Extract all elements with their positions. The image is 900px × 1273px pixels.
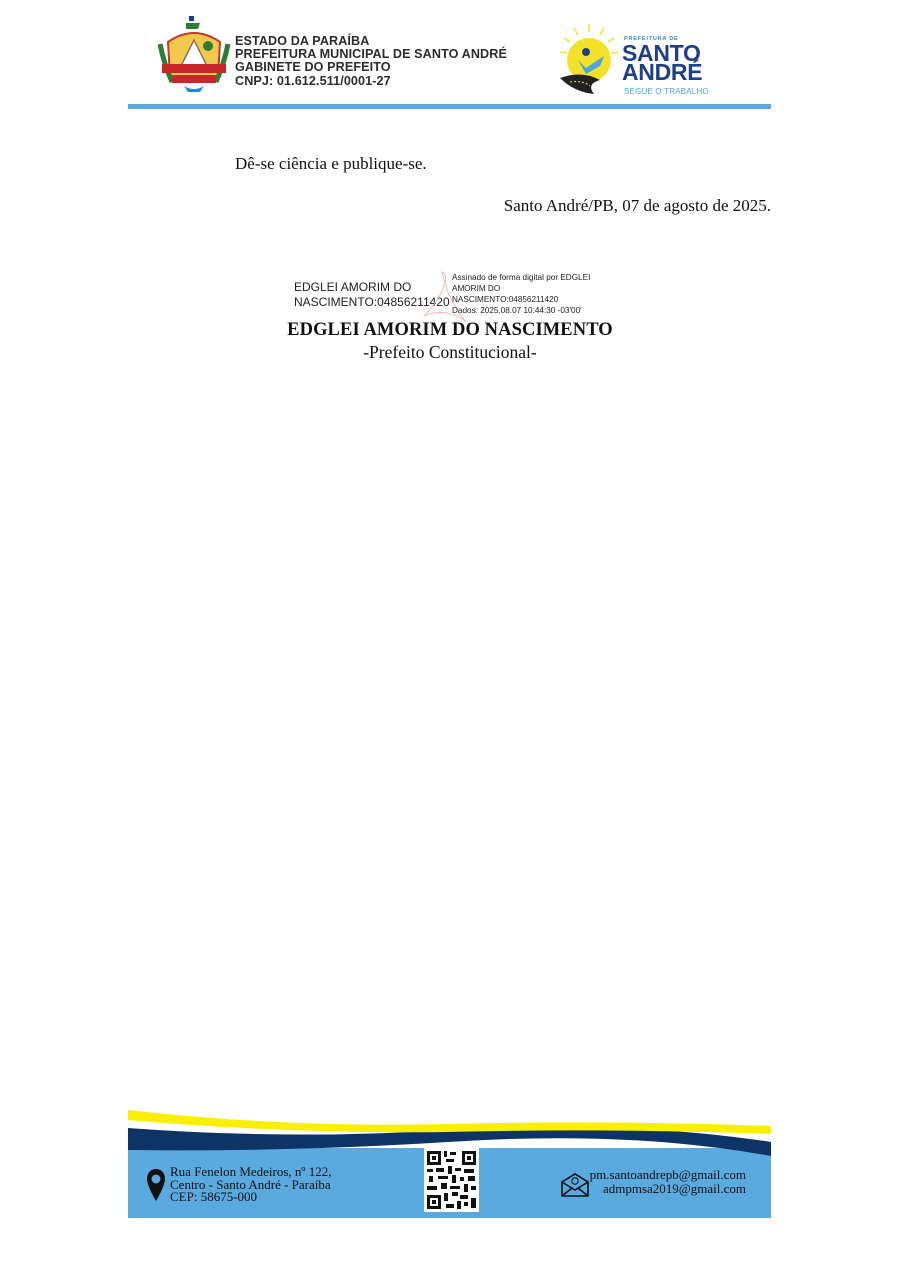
place-and-date: Santo André/PB, 07 de agosto de 2025.	[504, 196, 771, 216]
header-divider	[128, 104, 771, 109]
office-name: GABINETE DO PREFEITO	[235, 61, 507, 74]
footer-emails: pm.santoandrepb@gmail.com admpmsa2019@gm…	[590, 1168, 746, 1196]
letterhead-text: ESTADO DA PARAÍBA PREFEITURA MUNICIPAL D…	[235, 35, 507, 88]
signature-detail-line: AMORIM DO	[452, 283, 590, 294]
email-address: admpmsa2019@gmail.com	[590, 1182, 746, 1196]
footer-address: Rua Fenelon Medeiros, nº 122, Centro - S…	[170, 1166, 331, 1204]
municipal-crest-icon	[156, 14, 232, 94]
signer-name: EDGLEI AMORIM DO NASCIMENTO	[0, 320, 900, 341]
email-envelope-icon	[560, 1172, 590, 1198]
location-pin-icon	[146, 1168, 166, 1202]
signer-title: -Prefeito Constitucional-	[0, 342, 900, 363]
santo-andre-brand-logo: PREFEITURA DE SANTO ANDRÉ SEGUE O TRABAL…	[556, 20, 716, 102]
signature-detail-line: NASCIMENTO:04856211420	[452, 294, 590, 305]
sun-road-icon	[556, 20, 622, 102]
signature-detail-line: Dados: 2025.08.07 10:44:30 -03'00'	[452, 305, 590, 316]
digital-signature-details: Assinado de forma digital por EDGLEI AMO…	[452, 272, 590, 316]
address-line: CEP: 58675-000	[170, 1191, 331, 1204]
brand-tagline: SEGUE O TRABALHO	[624, 87, 709, 96]
letterhead: ESTADO DA PARAÍBA PREFEITURA MUNICIPAL D…	[128, 12, 771, 110]
email-address: pm.santoandrepb@gmail.com	[590, 1168, 746, 1182]
signature-detail-line: Assinado de forma digital por EDGLEI	[452, 272, 590, 283]
cnpj: CNPJ: 01.612.511/0001-27	[235, 75, 507, 88]
closing-paragraph: Dê-se ciência e publique-se.	[235, 154, 427, 174]
qr-code-icon	[424, 1148, 479, 1212]
brand-line-2: ANDRÉ	[622, 62, 702, 82]
letterhead-footer: Rua Fenelon Medeiros, nº 122, Centro - S…	[128, 1108, 771, 1218]
